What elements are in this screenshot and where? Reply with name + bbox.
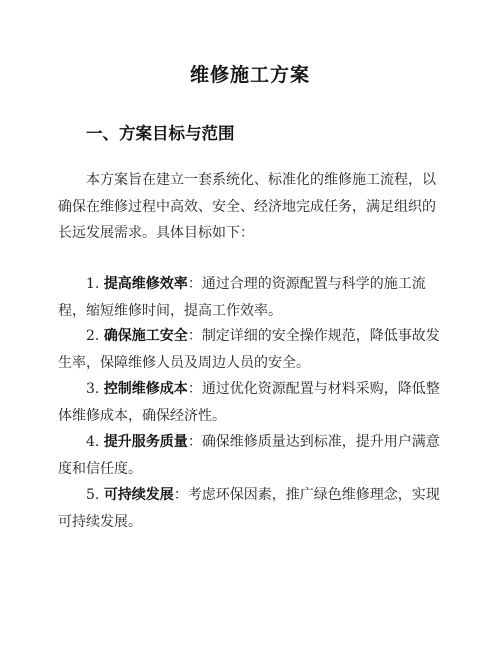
goal-number: 1. bbox=[86, 276, 104, 292]
goal-item: 4. 提升服务质量：确保维修质量达到标准，提升用户满意度和信任度。 bbox=[58, 429, 442, 482]
goal-label: 可持续发展 bbox=[104, 487, 174, 503]
goal-item: 3. 控制维修成本：通过优化资源配置与材料采购，降低整体维修成本，确保经济性。 bbox=[58, 376, 442, 429]
goal-item: 2. 确保施工安全：制定详细的安全操作规范，降低事故发生率，保障维修人员及周边人… bbox=[58, 323, 442, 376]
goal-item: 1. 提高维修效率：通过合理的资源配置与科学的施工流程，缩短维修时间，提高工作效… bbox=[58, 271, 442, 324]
goal-label: 提升服务质量 bbox=[104, 434, 188, 450]
goal-number: 2. bbox=[86, 328, 104, 344]
goal-number: 5. bbox=[86, 487, 104, 503]
intro-paragraph: 本方案旨在建立一套系统化、标准化的维修施工流程，以确保在维修过程中高效、安全、经… bbox=[58, 167, 442, 247]
goal-number: 3. bbox=[86, 381, 104, 397]
goal-separator: ： bbox=[188, 381, 202, 397]
document-page: 维修施工方案 一、方案目标与范围 本方案旨在建立一套系统化、标准化的维修施工流程… bbox=[0, 0, 500, 647]
goal-separator: ： bbox=[174, 487, 188, 503]
goal-label: 控制维修成本 bbox=[104, 381, 188, 397]
document-title: 维修施工方案 bbox=[0, 60, 500, 87]
goal-separator: ： bbox=[188, 434, 202, 450]
goal-label: 确保施工安全 bbox=[104, 328, 188, 344]
goal-label: 提高维修效率 bbox=[104, 276, 188, 292]
goal-separator: ： bbox=[188, 328, 202, 344]
goal-number: 4. bbox=[86, 434, 104, 450]
goal-separator: ： bbox=[188, 276, 202, 292]
section-heading: 一、方案目标与范围 bbox=[86, 120, 235, 144]
goal-item: 5. 可持续发展：考虑环保因素，推广绿色维修理念，实现可持续发展。 bbox=[58, 482, 442, 535]
